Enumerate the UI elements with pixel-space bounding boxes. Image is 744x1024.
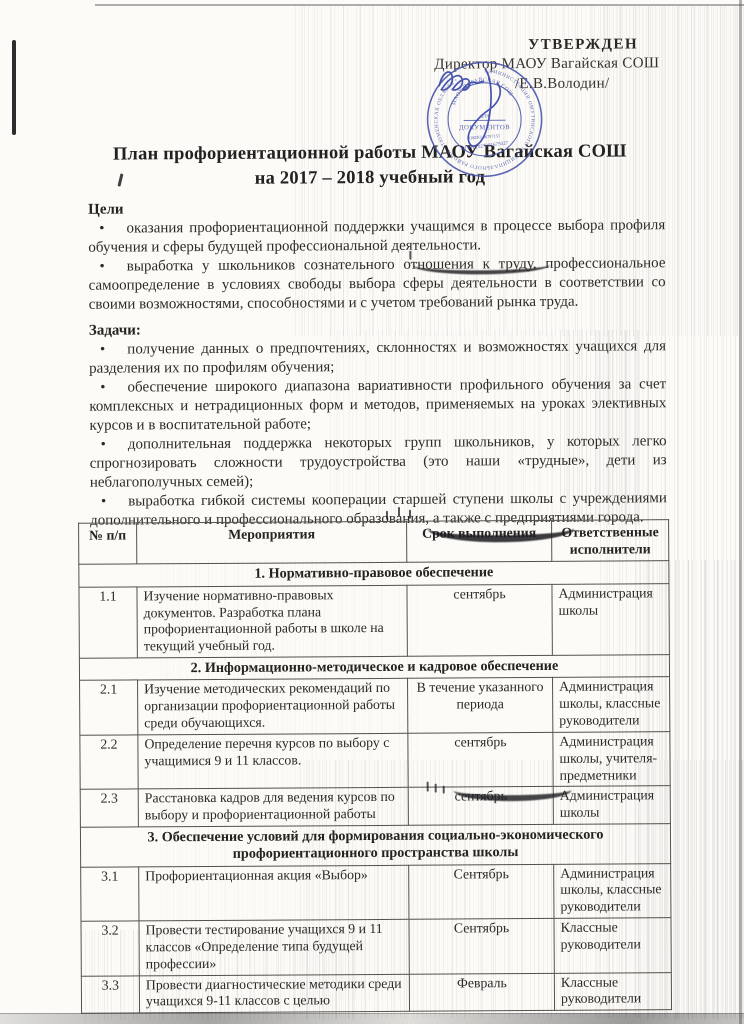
section-header-row: 3. Обеспечение условий для формирования … [80, 824, 670, 867]
term-cell: Сентябрь [409, 919, 554, 974]
table-row: 3.3 Провести диагностические методики ср… [81, 972, 671, 1013]
responsible-cell: Администрация школы, учителя-предметники [553, 732, 670, 787]
document-title: План профориентационной работы МАОУ Вага… [0, 139, 742, 194]
tasks-item-text: дополнительная поддержка некоторых групп… [90, 433, 667, 491]
table-row: 3.1 Профориентационная акция «Выбор» Сен… [81, 863, 671, 921]
row-number: 2.3 [80, 789, 138, 827]
activity-cell: Провести тестирование учащихся 9 и 11 кл… [139, 919, 409, 975]
tasks-item: •дополнительная поддержка некоторых груп… [90, 432, 667, 493]
col-header-term: Срок выполнения [407, 520, 552, 562]
bullet-marker: • [90, 493, 128, 509]
responsible-cell: Классные руководители [554, 918, 671, 973]
goals-item: •выработка у школьников сознательного от… [88, 254, 665, 315]
responsible-cell: Администрация школы [553, 786, 670, 824]
responsible-cell: Администрация школы, классные руководите… [554, 863, 671, 918]
table-row: 2.1 Изучение методических рекомендаций п… [80, 677, 670, 735]
responsible-cell: Администрация школы [552, 583, 669, 655]
row-number: 2.1 [80, 680, 138, 735]
tasks-item: •обеспечение широкого диапазона вариатив… [89, 375, 666, 436]
svg-text:МАОУ ВАГАЙСКАЯ СОШ: МАОУ ВАГАЙСКАЯ СОШ [451, 75, 514, 106]
term-cell: Сентябрь [409, 864, 554, 919]
term-cell: сентябрь [408, 732, 553, 787]
tasks-item-text: обеспечение широкого диапазона вариативн… [89, 376, 666, 434]
bullet-marker: • [88, 258, 126, 274]
table-header-row: № п/п Мероприятия Срок выполнения Ответс… [79, 520, 669, 565]
activity-cell: Изучение методических рекомендаций по ор… [138, 679, 408, 735]
row-number: 1.1 [79, 587, 137, 659]
col-header-number: № п/п [79, 523, 137, 565]
row-number: 3.2 [81, 921, 139, 976]
activity-cell: Определение перечня курсов по выбору с у… [138, 733, 408, 789]
term-cell: Февраль [409, 973, 554, 1012]
goals-item-text: выработка у школьников сознательного отн… [89, 255, 666, 313]
responsible-cell: Администрация школы, классные руководите… [553, 677, 670, 732]
stamp-inner-arc-text: МАОУ ВАГАЙСКАЯ СОШ [451, 75, 514, 106]
term-cell: сентябрь [407, 584, 552, 656]
term-cell: В течение указанного периода [408, 678, 553, 733]
tasks-item: •получение данных о предпочтениях, склон… [89, 337, 666, 379]
row-number: 3.3 [81, 976, 139, 1014]
stamp-center-line2: ДОКУМЕНТОВ [459, 124, 510, 131]
row-number: 2.2 [80, 735, 138, 790]
table-row: 2.2 Определение перечня курсов по выбору… [80, 732, 670, 790]
official-stamp: АДМИНИСТРАЦИЯ ОМУТИНСКОГО МУНИЦИПАЛЬНОГО… [405, 47, 576, 188]
table-row: 2.3 Расстановка кадров для ведения курсо… [80, 786, 670, 827]
bullet-marker: • [90, 436, 128, 452]
bullet-marker: • [89, 379, 127, 395]
goals-section: Цели •оказания профориентационной поддер… [88, 197, 666, 315]
document-title-line2: на 2017 – 2018 учебный год [0, 164, 742, 194]
tasks-section: Задачи: •получение данных о предпочтения… [89, 318, 667, 531]
responsible-cell: Классные руководители [554, 972, 671, 1010]
row-number: 3.1 [81, 867, 139, 922]
bullet-marker: • [89, 341, 127, 357]
term-cell: сентябрь [408, 787, 553, 826]
section-title: 3. Обеспечение условий для формирования … [80, 824, 670, 867]
document-content: УТВЕРЖДЕН Директор МАОУ Вагайская СОШ /Е… [0, 0, 744, 1024]
plan-table: № п/п Мероприятия Срок выполнения Ответс… [78, 519, 672, 1014]
table-row: 1.1 Изучение нормативно-правовых докумен… [79, 583, 669, 658]
activity-cell: Провести диагностические методики среди … [139, 974, 409, 1013]
goals-item: •оказания профориентационной поддержки у… [88, 216, 665, 258]
tasks-item-text: получение данных о предпочтениях, склонн… [89, 338, 666, 377]
table-row: 3.2 Провести тестирование учащихся 9 и 1… [81, 918, 671, 976]
activity-cell: Изучение нормативно-правовых документов.… [137, 585, 407, 658]
col-header-responsible: Ответственные исполнители [552, 520, 669, 562]
scanned-document-page: УТВЕРЖДЕН Директор МАОУ Вагайская СОШ /Е… [0, 0, 744, 1024]
stamp-ogrn-text: ОГРН 1027201675027 [461, 140, 509, 152]
goals-item-text: оказания профориентационной поддержки уч… [88, 217, 665, 256]
bullet-marker: • [88, 220, 126, 236]
activity-cell: Расстановка кадров для ведения курсов по… [138, 788, 408, 827]
col-header-activity: Мероприятия [137, 521, 407, 564]
activity-cell: Профориентационная акция «Выбор» [139, 865, 409, 921]
